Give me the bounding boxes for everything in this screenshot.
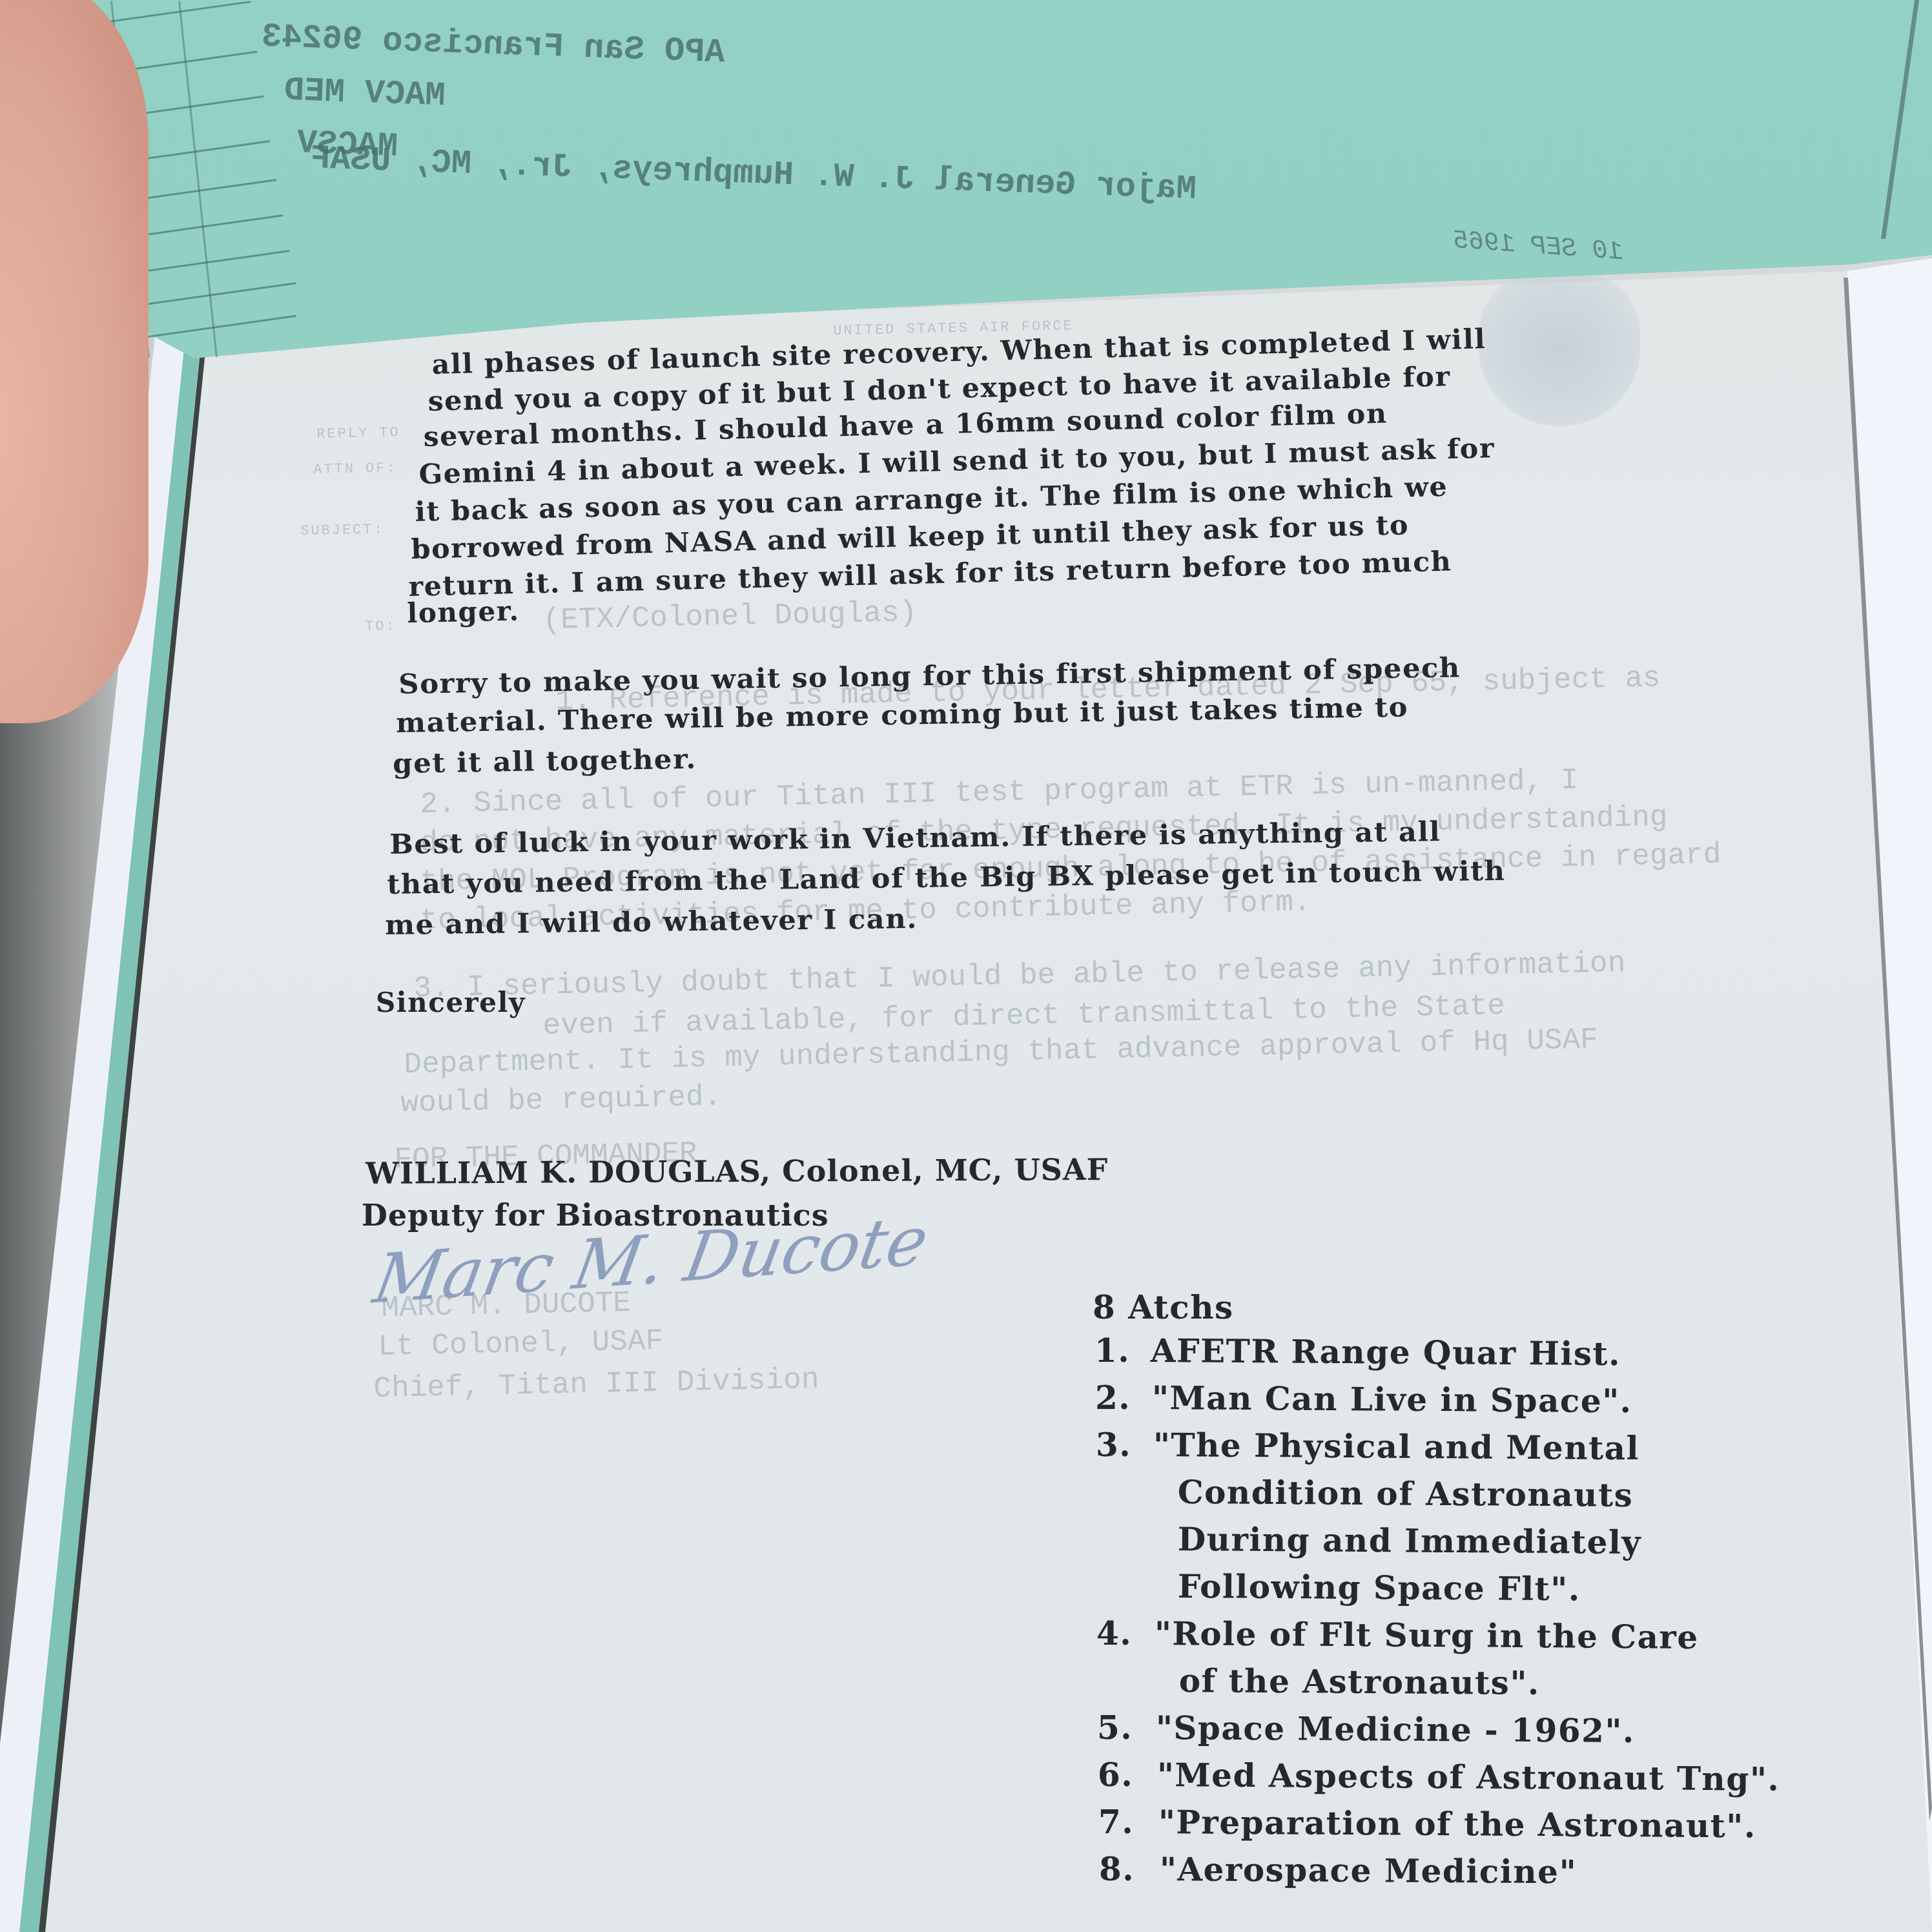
ghost-label-subject: SUBJECT: (300, 521, 384, 539)
p1-line-8: longer. (407, 595, 520, 629)
carbon-line-office: MACV MED (283, 72, 446, 116)
attachment-title-line: "The Physical and Mental (1153, 1426, 1640, 1467)
attachment-number: 3. (1096, 1426, 1131, 1464)
closing: Sincerely (376, 987, 526, 1018)
attachment-title-line: "Space Medicine - 1962". (1156, 1709, 1635, 1750)
thumb (0, 0, 149, 723)
ghost-label-reply: REPLY TO (316, 424, 400, 442)
attachments-header: 8 Atchs (1093, 1288, 1234, 1326)
attachment-title-line: During and Immediately (1178, 1520, 1642, 1561)
attachment-title-line: of the Astronauts". (1179, 1661, 1540, 1702)
attachment-title-line: "Preparation of the Astronaut". (1158, 1803, 1756, 1845)
attachment-title-line: "Man Can Live in Space". (1152, 1379, 1632, 1420)
attachment-number: 1. (1094, 1331, 1130, 1370)
attachment-number: 6. (1098, 1756, 1133, 1794)
attachment-number: 5. (1097, 1709, 1133, 1747)
attachment-title-line: "Med Aspects of Astronaut Tng". (1157, 1756, 1780, 1798)
attachment-title-line: Following Space Flt". (1178, 1567, 1581, 1608)
ghost-para3-line4: would be required. (400, 1080, 722, 1120)
signer-name: WILLIAM K. DOUGLAS, Colonel, MC, USAF (365, 1152, 1108, 1191)
attachment-title-line: Condition of Astronauts (1178, 1473, 1634, 1514)
attachment-title-line: "Aerospace Medicine" (1160, 1850, 1577, 1891)
attachment-number: 2. (1095, 1379, 1131, 1417)
attachment-title-line: "Role of Flt Surg in the Care (1155, 1614, 1699, 1656)
attachment-number: 8. (1099, 1850, 1135, 1888)
attachment-title-line: AFETR Range Quar Hist. (1151, 1331, 1621, 1373)
attachment-number: 7. (1098, 1803, 1134, 1841)
p3-line-3: me and I will do whatever I can. (385, 903, 918, 941)
ghost-sig-rank: Lt Colonel, USAF (378, 1324, 664, 1364)
p2-line-3: get it all together. (393, 743, 697, 779)
ghost-label-to: TO: (365, 618, 396, 635)
letterhead-seal-bleed (1479, 271, 1640, 426)
ghost-label-attn: ATTN OF: (313, 460, 397, 478)
attachment-number: 4. (1096, 1614, 1132, 1652)
